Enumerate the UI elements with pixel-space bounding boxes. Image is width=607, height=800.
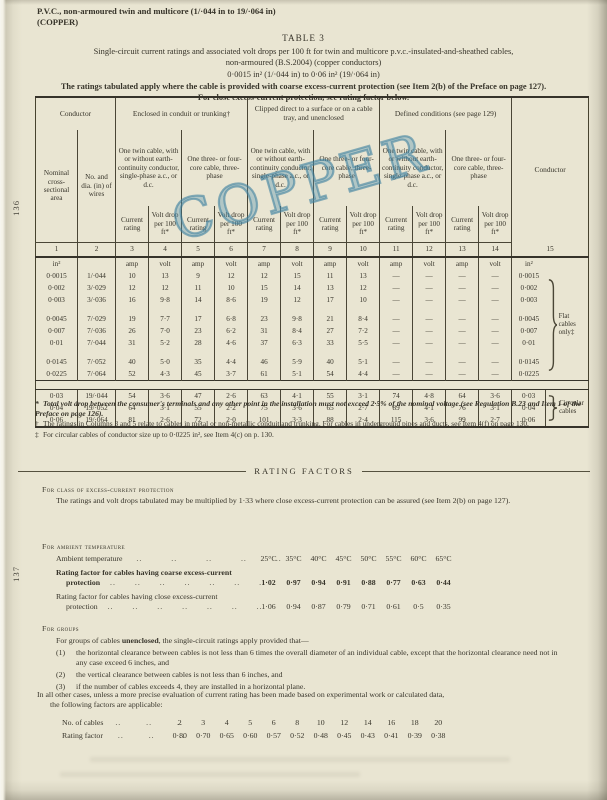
table-cell: — bbox=[479, 337, 512, 349]
temperature-value: 55°C bbox=[381, 554, 406, 563]
table-cell: 0·003 bbox=[512, 294, 546, 306]
header-volt-drop: Volt drop per 100 ft* bbox=[413, 206, 446, 243]
unit-cell: volt bbox=[149, 257, 182, 270]
table-cell: 5·1 bbox=[347, 356, 380, 368]
table-row: 0·0033/·036169·8148·619121710————0·003 bbox=[36, 294, 589, 306]
table-cell: 8·4 bbox=[281, 325, 314, 337]
gap-cell bbox=[248, 306, 281, 313]
coarse-factor-value: 0·91 bbox=[331, 578, 356, 587]
cables-count-value: 18 bbox=[403, 718, 427, 727]
size-range: 0·0015 in² (1/·044 in) to 0·06 in² (19/·… bbox=[0, 70, 607, 79]
unit-cell: amp bbox=[446, 257, 479, 270]
table-cell: 8·4 bbox=[347, 313, 380, 325]
gap-cell bbox=[36, 349, 78, 356]
scanned-document-page: P.V.C., non-armoured twin and multicore … bbox=[0, 0, 607, 800]
unit-cell bbox=[78, 257, 116, 270]
table-cell: 12 bbox=[116, 282, 149, 294]
groups-item: (2)the vertical clearance between cables… bbox=[56, 670, 568, 680]
group-header-conductor-right: Conductor bbox=[512, 97, 589, 243]
table-cell: 11 bbox=[182, 282, 215, 294]
ratings-table: Conductor Enclosed in conduit or trunkin… bbox=[35, 96, 589, 428]
table-cell: 7·7 bbox=[149, 313, 182, 325]
table-subtitle-line1: Single-circuit current ratings and assoc… bbox=[0, 47, 607, 58]
table-cell: — bbox=[380, 356, 413, 368]
table-row: 0·00151/·044101391212151113————0·0015Fla… bbox=[36, 270, 589, 282]
table-cell: — bbox=[380, 337, 413, 349]
cables-count-value: 2 bbox=[168, 718, 192, 727]
group-factor-value: 0·43 bbox=[356, 731, 380, 740]
gap-cell bbox=[479, 349, 512, 356]
gap-cell bbox=[380, 306, 413, 313]
table-cell: — bbox=[446, 337, 479, 349]
table-cell: — bbox=[413, 294, 446, 306]
group-header-row: Conductor Enclosed in conduit or trunkin… bbox=[36, 97, 589, 130]
rule-left bbox=[18, 471, 246, 472]
header-twin-clipped: One twin cable, with or without earth- c… bbox=[248, 130, 314, 206]
footnote-circular: ‡For circular cables of conductor size u… bbox=[35, 430, 590, 440]
table-cell: 9·8 bbox=[281, 313, 314, 325]
table-row: 0·02257/·064524·3453·7615·1544·4————0·02… bbox=[36, 368, 589, 381]
current-volt-header-row: Current rating Volt drop per 100 ft* Cur… bbox=[36, 206, 589, 243]
table-cell: 12 bbox=[248, 270, 281, 282]
table-cell: 11 bbox=[314, 270, 347, 282]
table-cell: 0·003 bbox=[36, 294, 78, 306]
table-cell: 0·01 bbox=[36, 337, 78, 349]
table-cell: 4·4 bbox=[347, 368, 380, 381]
table-cell: — bbox=[380, 368, 413, 381]
table-cell: — bbox=[479, 270, 512, 282]
table-cell: — bbox=[380, 313, 413, 325]
gap-cell bbox=[347, 349, 380, 356]
cables-count-value: 16 bbox=[380, 718, 404, 727]
table-cell: 0·0225 bbox=[512, 368, 546, 381]
table-row: 0·017/·044315·2284·6376·3335·5————0·01 bbox=[36, 337, 589, 349]
header-current-rating: Current rating bbox=[248, 206, 281, 243]
cables-count-value: 3 bbox=[192, 718, 216, 727]
ambient-temperatures: 25°C35°C40°C45°C50°C55°C60°C65°C bbox=[256, 554, 456, 563]
double-dagger-symbol: ‡ bbox=[35, 430, 43, 440]
close-factor-line2: protection .. .. .. .. .. .. .. bbox=[66, 602, 263, 612]
cables-count-value: 12 bbox=[333, 718, 357, 727]
coarse-protection-word: protection bbox=[66, 578, 100, 587]
header-current-rating: Current rating bbox=[380, 206, 413, 243]
header-volt-drop: Volt drop per 100 ft* bbox=[281, 206, 314, 243]
header-twin-enclosed: One twin cable, with or without earth- c… bbox=[116, 130, 182, 206]
section-class-heading: For class of excess-current protection bbox=[42, 485, 174, 494]
table-cell: — bbox=[413, 356, 446, 368]
gap-cell bbox=[314, 349, 347, 356]
temperature-value: 40°C bbox=[306, 554, 331, 563]
header-volt-drop: Volt drop per 100 ft* bbox=[215, 206, 248, 243]
table-cell: 3·7 bbox=[215, 368, 248, 381]
table-row: 0·01457/·052405·0354·4465·9405·1————0·01… bbox=[36, 356, 589, 368]
table-cell: — bbox=[380, 294, 413, 306]
groups-item-text: the vertical clearance between cables is… bbox=[76, 670, 283, 679]
unit-cell: volt bbox=[215, 257, 248, 270]
group-factor-value: 0·65 bbox=[215, 731, 239, 740]
table-cell: 5·5 bbox=[347, 337, 380, 349]
header-multicore-enclosed: One three- or four-core cable, three-pha… bbox=[182, 130, 248, 206]
ambient-temp-label-row: Ambient temperature .. .. .. .. .. bbox=[56, 554, 282, 564]
ambient-temp-label: Ambient temperature bbox=[56, 554, 122, 563]
table-cell: 0·007 bbox=[512, 325, 546, 337]
table-cell: — bbox=[446, 368, 479, 381]
gap-cell bbox=[215, 349, 248, 356]
group-factor-row-label: Rating factor .. .. .. bbox=[62, 731, 185, 741]
temperature-value: 60°C bbox=[406, 554, 431, 563]
groups-item-number: (1) bbox=[56, 648, 65, 658]
flat-cables-label: Flat cables only‡ bbox=[559, 313, 589, 338]
header-twin-defined: One twin cable, with or without earth- c… bbox=[380, 130, 446, 206]
table-cell: 52 bbox=[116, 368, 149, 381]
unit-cell: in² bbox=[36, 257, 78, 270]
table-cell: 6·3 bbox=[281, 337, 314, 349]
table-cell: 13 bbox=[149, 270, 182, 282]
table-cell: 15 bbox=[248, 282, 281, 294]
table-cell: 3/·036 bbox=[78, 294, 116, 306]
table-row: 0·0023/·0291212111015141312————0·002 bbox=[36, 282, 589, 294]
close-factor-value: 1·06 bbox=[256, 602, 281, 611]
curly-brace-icon bbox=[548, 277, 557, 373]
table-cell: — bbox=[413, 325, 446, 337]
gap-cell bbox=[347, 306, 380, 313]
table-number-label: TABLE 3 bbox=[0, 33, 607, 43]
table-cell: 28 bbox=[182, 337, 215, 349]
table-cell: 5·2 bbox=[149, 337, 182, 349]
table-cell: 5·9 bbox=[281, 356, 314, 368]
table-cell: — bbox=[413, 337, 446, 349]
cables-count-value: 8 bbox=[286, 718, 310, 727]
table-cell: 46 bbox=[248, 356, 281, 368]
table-cell: 33 bbox=[314, 337, 347, 349]
column-number: 13 bbox=[446, 243, 479, 258]
table-cell: — bbox=[479, 356, 512, 368]
table-cell: 5·0 bbox=[149, 356, 182, 368]
close-factor-values: 1·060·940·870·790·710·610·50·35 bbox=[256, 602, 456, 611]
footnote-circular-text: For circular cables of conductor size up… bbox=[43, 430, 274, 439]
cables-count-value: 20 bbox=[427, 718, 451, 727]
cables-count-value: 14 bbox=[356, 718, 380, 727]
column-number: 11 bbox=[380, 243, 413, 258]
group-factor-value: 0·38 bbox=[427, 731, 451, 740]
group-factor-value: 0·45 bbox=[333, 731, 357, 740]
gap-cell bbox=[512, 306, 546, 313]
gap-cell bbox=[116, 306, 149, 313]
gap-cell bbox=[182, 306, 215, 313]
page-header-material: (COPPER) bbox=[37, 17, 78, 27]
coarse-factor-value: 0·77 bbox=[381, 578, 406, 587]
table-cell: 37 bbox=[248, 337, 281, 349]
group-factor-values: 0·800·700·650·600·570·520·480·450·430·41… bbox=[168, 731, 450, 740]
column-number: 15 bbox=[512, 243, 589, 258]
table-cell: 7·2 bbox=[347, 325, 380, 337]
unit-cell bbox=[546, 257, 589, 270]
apply-note-line1: The ratings tabulated apply where the ca… bbox=[0, 82, 607, 93]
coarse-factor-value: 0·97 bbox=[281, 578, 306, 587]
groups-intro-bold: unenclosed bbox=[122, 636, 159, 645]
close-factor-value: 0·79 bbox=[331, 602, 356, 611]
temperature-value: 35°C bbox=[281, 554, 306, 563]
group-gap-row bbox=[36, 306, 589, 313]
leader-dots: .. .. .. .. .. .. .. bbox=[108, 602, 263, 611]
group-factor-value: 0·60 bbox=[239, 731, 263, 740]
table-cell: — bbox=[380, 282, 413, 294]
table-cell: 7/·064 bbox=[78, 368, 116, 381]
table-cell: 40 bbox=[116, 356, 149, 368]
unit-cell: volt bbox=[347, 257, 380, 270]
gap-cell bbox=[36, 306, 78, 313]
groups-intro-post: , the single-circuit ratings apply provi… bbox=[159, 636, 309, 645]
block-divider-row bbox=[36, 381, 589, 390]
footnote-volt-drop: *Total volt drop between the consumer's … bbox=[35, 399, 590, 419]
group-header-enclosed: Enclosed in conduit or trunking† bbox=[116, 97, 248, 130]
table-cell: 61 bbox=[248, 368, 281, 381]
column-number: 7 bbox=[248, 243, 281, 258]
column-numbers-row: 123456789101112131415 bbox=[36, 243, 589, 258]
table-subtitle: Single-circuit current ratings and assoc… bbox=[0, 47, 607, 69]
header-volt-drop: Volt drop per 100 ft* bbox=[479, 206, 512, 243]
table-cell: 0·01 bbox=[512, 337, 546, 349]
gap-cell bbox=[182, 349, 215, 356]
table-cell: 7/·052 bbox=[78, 356, 116, 368]
header-current-rating: Current rating bbox=[314, 206, 347, 243]
cables-count-value: 10 bbox=[309, 718, 333, 727]
groups-items: (1)the horizontal clearance between cabl… bbox=[56, 648, 568, 695]
table-cell: 31 bbox=[248, 325, 281, 337]
groups-item-text: the horizontal clearance between cables … bbox=[76, 648, 557, 667]
flat-cables-label-wrap: Flat cables only‡ bbox=[546, 277, 589, 373]
header-volt-drop: Volt drop per 100 ft* bbox=[149, 206, 182, 243]
cables-label: No. of cables bbox=[62, 718, 103, 727]
table-cell: 45 bbox=[182, 368, 215, 381]
cables-count-value: 4 bbox=[215, 718, 239, 727]
group-factor-value: 0·80 bbox=[168, 731, 192, 740]
table-cell: 14 bbox=[182, 294, 215, 306]
gap-cell bbox=[446, 306, 479, 313]
table-cell: 12 bbox=[149, 282, 182, 294]
factor-label: Rating factor bbox=[62, 731, 103, 740]
unit-cell: amp bbox=[380, 257, 413, 270]
group-factor-value: 0·70 bbox=[192, 731, 216, 740]
group-gap-row bbox=[36, 349, 589, 356]
table-cell: 13 bbox=[347, 270, 380, 282]
table-cell: 0·0015 bbox=[512, 270, 546, 282]
table-cell: 17 bbox=[314, 294, 347, 306]
footnote-conduit: †The ratings in Columns 3 and 5 relate t… bbox=[35, 419, 590, 429]
temperature-value: 25°C bbox=[256, 554, 281, 563]
units-row: in²ampvoltampvoltampvoltampvoltampvoltam… bbox=[36, 257, 589, 270]
table-cell: — bbox=[446, 313, 479, 325]
flat-cables-label-cell: Flat cables only‡ bbox=[546, 270, 589, 381]
table-row: 0·0077/·036267·0236·2318·4277·2————0·007 bbox=[36, 325, 589, 337]
table-cell: 7/·029 bbox=[78, 313, 116, 325]
temperature-value: 45°C bbox=[331, 554, 356, 563]
table-cell: — bbox=[446, 282, 479, 294]
group-factor-value: 0·48 bbox=[309, 731, 333, 740]
table-cell: 4·4 bbox=[215, 356, 248, 368]
column-number: 8 bbox=[281, 243, 314, 258]
table-cell: 5·1 bbox=[281, 368, 314, 381]
table-cell: 19 bbox=[248, 294, 281, 306]
close-factor-value: 0·94 bbox=[281, 602, 306, 611]
groups-intro-pre: For groups of cables bbox=[56, 636, 122, 645]
column-number: 12 bbox=[413, 243, 446, 258]
table-cell: 40 bbox=[314, 356, 347, 368]
page-header-title: P.V.C., non-armoured twin and multicore … bbox=[37, 6, 276, 16]
other-cases-line2: the following factors are applicable: bbox=[50, 700, 163, 710]
coarse-factor-line1: Rating factor for cables having coarse e… bbox=[56, 568, 256, 578]
group-factor-value: 0·41 bbox=[380, 731, 404, 740]
gap-cell bbox=[314, 306, 347, 313]
coarse-factor-line2: protection .. .. .. .. .. .. .. bbox=[66, 578, 265, 588]
groups-item: (1)the horizontal clearance between cabl… bbox=[56, 648, 568, 668]
asterisk-symbol: * bbox=[35, 399, 43, 409]
section-ambient-heading: For ambient temperature bbox=[42, 542, 125, 551]
table-cell: — bbox=[380, 325, 413, 337]
table-cell: 1/·044 bbox=[78, 270, 116, 282]
gap-cell bbox=[512, 349, 546, 356]
footnote-conduit-text: The ratings in Columns 3 and 5 relate to… bbox=[43, 419, 529, 428]
table-cell: 0·007 bbox=[36, 325, 78, 337]
column-number: 6 bbox=[215, 243, 248, 258]
column-number: 2 bbox=[78, 243, 116, 258]
gap-cell bbox=[248, 349, 281, 356]
unit-cell: amp bbox=[248, 257, 281, 270]
cables-count-value: 6 bbox=[262, 718, 286, 727]
gap-cell bbox=[215, 306, 248, 313]
coarse-factor-value: 0·88 bbox=[356, 578, 381, 587]
table-cell: — bbox=[413, 282, 446, 294]
coarse-factor-value: 0·44 bbox=[431, 578, 456, 587]
close-factor-value: 0·61 bbox=[381, 602, 406, 611]
coarse-factor-values: 1·020·970·940·910·880·770·630·44 bbox=[256, 578, 456, 587]
margin-page-number-137: 137 bbox=[11, 566, 21, 582]
close-factor-value: 0·71 bbox=[356, 602, 381, 611]
table-cell: 0·0225 bbox=[36, 368, 78, 381]
gap-cell bbox=[380, 349, 413, 356]
cables-count-value: 5 bbox=[239, 718, 263, 727]
table-cell: 0·0045 bbox=[512, 313, 546, 325]
column-number: 9 bbox=[314, 243, 347, 258]
leader-dots: .. .. .. .. .. .. .. bbox=[110, 578, 265, 587]
table-cell: 15 bbox=[281, 270, 314, 282]
table-cell: 0·002 bbox=[512, 282, 546, 294]
table-cell: 35 bbox=[182, 356, 215, 368]
table-cell: 14 bbox=[281, 282, 314, 294]
unit-cell: in² bbox=[512, 257, 546, 270]
table-cell: — bbox=[446, 270, 479, 282]
table-subtitle-line2: non-armoured (B.S.2004) (copper conducto… bbox=[0, 58, 607, 69]
gap-cell bbox=[149, 306, 182, 313]
column-number: 1 bbox=[36, 243, 78, 258]
table-row: 0·00457/·029197·7176·8239·8218·4————0·00… bbox=[36, 313, 589, 325]
table-cell: 8·6 bbox=[215, 294, 248, 306]
section-groups-heading: For groups bbox=[42, 624, 79, 633]
table-cell: 17 bbox=[182, 313, 215, 325]
header-multicore-clipped: One three- or four-core cable, three-pha… bbox=[314, 130, 380, 206]
table-cell: 0·0145 bbox=[512, 356, 546, 368]
gap-cell bbox=[78, 306, 116, 313]
header-current-rating: Current rating bbox=[446, 206, 479, 243]
coarse-factor-value: 0·63 bbox=[406, 578, 431, 587]
table-cell: — bbox=[413, 313, 446, 325]
rule-right bbox=[362, 471, 590, 472]
block-divider-cell bbox=[36, 381, 589, 390]
table-cell: — bbox=[413, 270, 446, 282]
table-cell: 12 bbox=[215, 270, 248, 282]
table-cell: 4·3 bbox=[149, 368, 182, 381]
gap-cell bbox=[78, 349, 116, 356]
table-cell: 4·6 bbox=[215, 337, 248, 349]
table-cell: 19 bbox=[116, 313, 149, 325]
gap-cell bbox=[281, 349, 314, 356]
column-number: 4 bbox=[149, 243, 182, 258]
table-cell: 27 bbox=[314, 325, 347, 337]
unit-cell: volt bbox=[479, 257, 512, 270]
rating-factors-heading: RATING FACTORS bbox=[18, 466, 590, 476]
table-cell: — bbox=[446, 294, 479, 306]
close-factor-value: 0·5 bbox=[406, 602, 431, 611]
table-cell: 7·0 bbox=[149, 325, 182, 337]
dagger-symbol: † bbox=[35, 419, 43, 429]
gap-cell bbox=[413, 306, 446, 313]
gap-cell bbox=[479, 306, 512, 313]
close-protection-word: protection bbox=[66, 602, 98, 611]
close-factor-value: 0·87 bbox=[306, 602, 331, 611]
table-cell: 23 bbox=[248, 313, 281, 325]
table-cell: 0·0145 bbox=[36, 356, 78, 368]
group-factor-value: 0·57 bbox=[262, 731, 286, 740]
footnote-volt-drop-text: Total volt drop between the consumer's t… bbox=[35, 399, 581, 418]
unit-cell: volt bbox=[413, 257, 446, 270]
groups-intro: For groups of cables unenclosed, the sin… bbox=[56, 636, 566, 646]
groups-item-number: (2) bbox=[56, 670, 65, 680]
temperature-value: 50°C bbox=[356, 554, 381, 563]
table-cell: — bbox=[446, 325, 479, 337]
table-cell: — bbox=[479, 282, 512, 294]
table-cell: 0·0015 bbox=[36, 270, 78, 282]
table-cell: 31 bbox=[116, 337, 149, 349]
table-cell: — bbox=[479, 313, 512, 325]
bleed-through-mark bbox=[90, 757, 510, 762]
coarse-factor-value: 1·02 bbox=[256, 578, 281, 587]
header-nominal-area: Nominal cross- sectional area bbox=[36, 130, 78, 243]
table-cell: 7/·044 bbox=[78, 337, 116, 349]
other-cases-line1: In all other cases, unless a more precis… bbox=[37, 690, 582, 700]
rating-factors-title: RATING FACTORS bbox=[254, 466, 354, 476]
table-cell: 16 bbox=[116, 294, 149, 306]
bleed-through-mark bbox=[60, 772, 360, 777]
gap-cell bbox=[281, 306, 314, 313]
table-cell: 10 bbox=[215, 282, 248, 294]
group-header-conductor-left: Conductor bbox=[36, 97, 116, 130]
table-cell: — bbox=[479, 325, 512, 337]
column-number: 5 bbox=[182, 243, 215, 258]
group-factor-value: 0·52 bbox=[286, 731, 310, 740]
table-cell: 21 bbox=[314, 313, 347, 325]
group-header-defined: Defined conditions (see page 129) bbox=[380, 97, 512, 130]
unit-cell: volt bbox=[281, 257, 314, 270]
unit-cell: amp bbox=[314, 257, 347, 270]
table-cell: 12 bbox=[281, 294, 314, 306]
header-wires: No. and dia. (in) of wires bbox=[78, 130, 116, 243]
table-cell: 3/·029 bbox=[78, 282, 116, 294]
table-cell: 9 bbox=[182, 270, 215, 282]
temperature-value: 65°C bbox=[431, 554, 456, 563]
unit-cell: amp bbox=[182, 257, 215, 270]
cable-type-header-row: Nominal cross- sectional area No. and di… bbox=[36, 130, 589, 206]
table-cell: 6·2 bbox=[215, 325, 248, 337]
